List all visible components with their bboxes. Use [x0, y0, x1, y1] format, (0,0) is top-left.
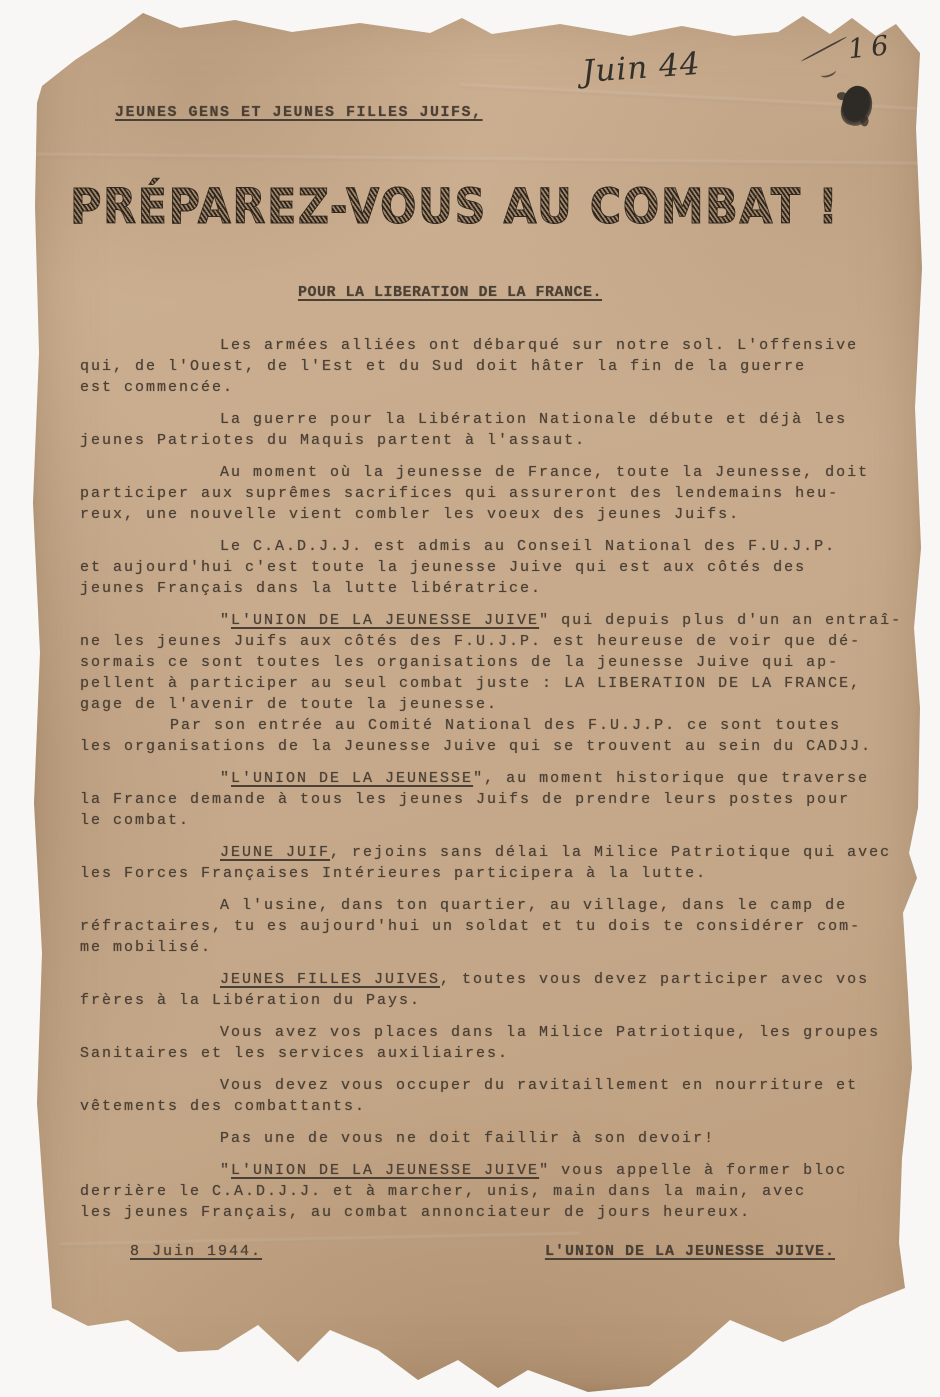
handwritten-page-number: 16 [847, 30, 896, 66]
text-line: est commencée. [80, 377, 870, 398]
text-line: sormais ce sont toutes les organisations… [80, 652, 870, 673]
text-line: Vous devez vous occuper du ravitaillemen… [80, 1075, 870, 1096]
paragraph: Pas une de vous ne doit faillir à son de… [80, 1128, 870, 1149]
paragraph: Par son entrée au Comité National des F.… [80, 715, 870, 757]
text-line: derrière le C.A.D.J.J. et à marcher, uni… [80, 1181, 870, 1202]
text-line: Vous avez vos places dans la Milice Patr… [80, 1022, 870, 1043]
paragraph: "L'UNION DE LA JEUNESSE JUIVE" vous appe… [80, 1160, 870, 1223]
text-line: réfractaires, tu es aujourd'hui un solda… [80, 916, 870, 937]
text-line: les organisations de la Jeunesse Juive q… [80, 736, 870, 757]
text-line: me mobilisé. [80, 937, 870, 958]
text-line: Les armées alliées ont débarqué sur notr… [80, 335, 870, 356]
text-line: La guerre pour la Libération Nationale d… [80, 409, 870, 430]
footer: 8 Juin 1944. L'UNION DE LA JEUNESSE JUIV… [80, 1241, 870, 1262]
document-paper: Juin 44 16 JEUNES GENS ET JEUNES FILLES … [30, 8, 925, 1393]
text-line: qui, de l'Ouest, de l'Est et du Sud doit… [80, 356, 870, 377]
kicker-heading: JEUNES GENS ET JEUNES FILLES JUIFS, [80, 102, 870, 123]
text-line: Pas une de vous ne doit faillir à son de… [80, 1128, 870, 1149]
body-paragraphs: Les armées alliées ont débarqué sur notr… [80, 335, 870, 1223]
text-line: reux, une nouvelle vient combler les voe… [80, 504, 870, 525]
paragraph: "L'UNION DE LA JEUNESSE JUIVE" qui depui… [80, 610, 870, 715]
text-line: Au moment où la jeunesse de France, tout… [80, 462, 870, 483]
paragraph: Au moment où la jeunesse de France, tout… [80, 462, 870, 525]
text-line: jeunes Patriotes du Maquis partent à l'a… [80, 430, 870, 451]
text-line: Par son entrée au Comité National des F.… [80, 715, 870, 736]
typewritten-content: JEUNES GENS ET JEUNES FILLES JUIFS, PRÉP… [80, 102, 870, 1262]
paper-fold-dotted-line [923, 698, 925, 1258]
text-line: frères à la Libération du Pays. [80, 990, 870, 1011]
text-line: JEUNE JUIF, rejoins sans délai la Milice… [80, 842, 870, 863]
subtitle-heading: POUR LA LIBERATION DE LA FRANCE. [55, 282, 845, 303]
text-line: le combat. [80, 810, 870, 831]
text-line: ne les jeunes Juifs aux côtés des F.U.J.… [80, 631, 870, 652]
text-line: "L'UNION DE LA JEUNESSE JUIVE" vous appe… [80, 1160, 870, 1181]
paragraph: A l'usine, dans ton quartier, au village… [80, 895, 870, 958]
paragraph: Les armées alliées ont débarqué sur notr… [80, 335, 870, 398]
page-title: PRÉPAREZ-VOUS AU COMBAT ! [70, 178, 870, 236]
paragraph: JEUNE JUIF, rejoins sans délai la Milice… [80, 842, 870, 884]
paragraph: Vous devez vous occuper du ravitaillemen… [80, 1075, 870, 1117]
text-line: et aujourd'hui c'est toute la jeunesse J… [80, 557, 870, 578]
text-line: A l'usine, dans ton quartier, au village… [80, 895, 870, 916]
text-line: jeunes Français dans la lutte libératric… [80, 578, 870, 599]
text-line: pellent à participer au seul combat just… [80, 673, 870, 694]
text-line: "L'UNION DE LA JEUNESSE JUIVE" qui depui… [80, 610, 870, 631]
text-line: vêtements des combattants. [80, 1096, 870, 1117]
paragraph: "L'UNION DE LA JEUNESSE", au moment hist… [80, 768, 870, 831]
paragraph: La guerre pour la Libération Nationale d… [80, 409, 870, 451]
text-line: les jeunes Français, au combat annonciat… [80, 1202, 870, 1223]
text-line: Sanitaires et les services auxiliaires. [80, 1043, 870, 1064]
paragraph: JEUNES FILLES JUIVES, toutes vous devez … [80, 969, 870, 1011]
footer-date: 8 Juin 1944. [130, 1241, 262, 1262]
text-line: JEUNES FILLES JUIVES, toutes vous devez … [80, 969, 870, 990]
scan-background: { "colors": { "paper": "#c8ab8d", "typew… [0, 0, 940, 1397]
text-line: les Forces Françaises Intérieures partic… [80, 863, 870, 884]
text-line: Le C.A.D.J.J. est admis au Conseil Natio… [80, 536, 870, 557]
text-line: "L'UNION DE LA JEUNESSE", au moment hist… [80, 768, 870, 789]
paragraph: Le C.A.D.J.J. est admis au Conseil Natio… [80, 536, 870, 599]
footer-signature: L'UNION DE LA JEUNESSE JUIVE. [545, 1241, 835, 1262]
text-line: participer aux suprêmes sacrifices qui a… [80, 483, 870, 504]
text-line: la France demande à tous les jeunes Juif… [80, 789, 870, 810]
paragraph: Vous avez vos places dans la Milice Patr… [80, 1022, 870, 1064]
text-line: gage de l'avenir de toute la jeunesse. [80, 694, 870, 715]
